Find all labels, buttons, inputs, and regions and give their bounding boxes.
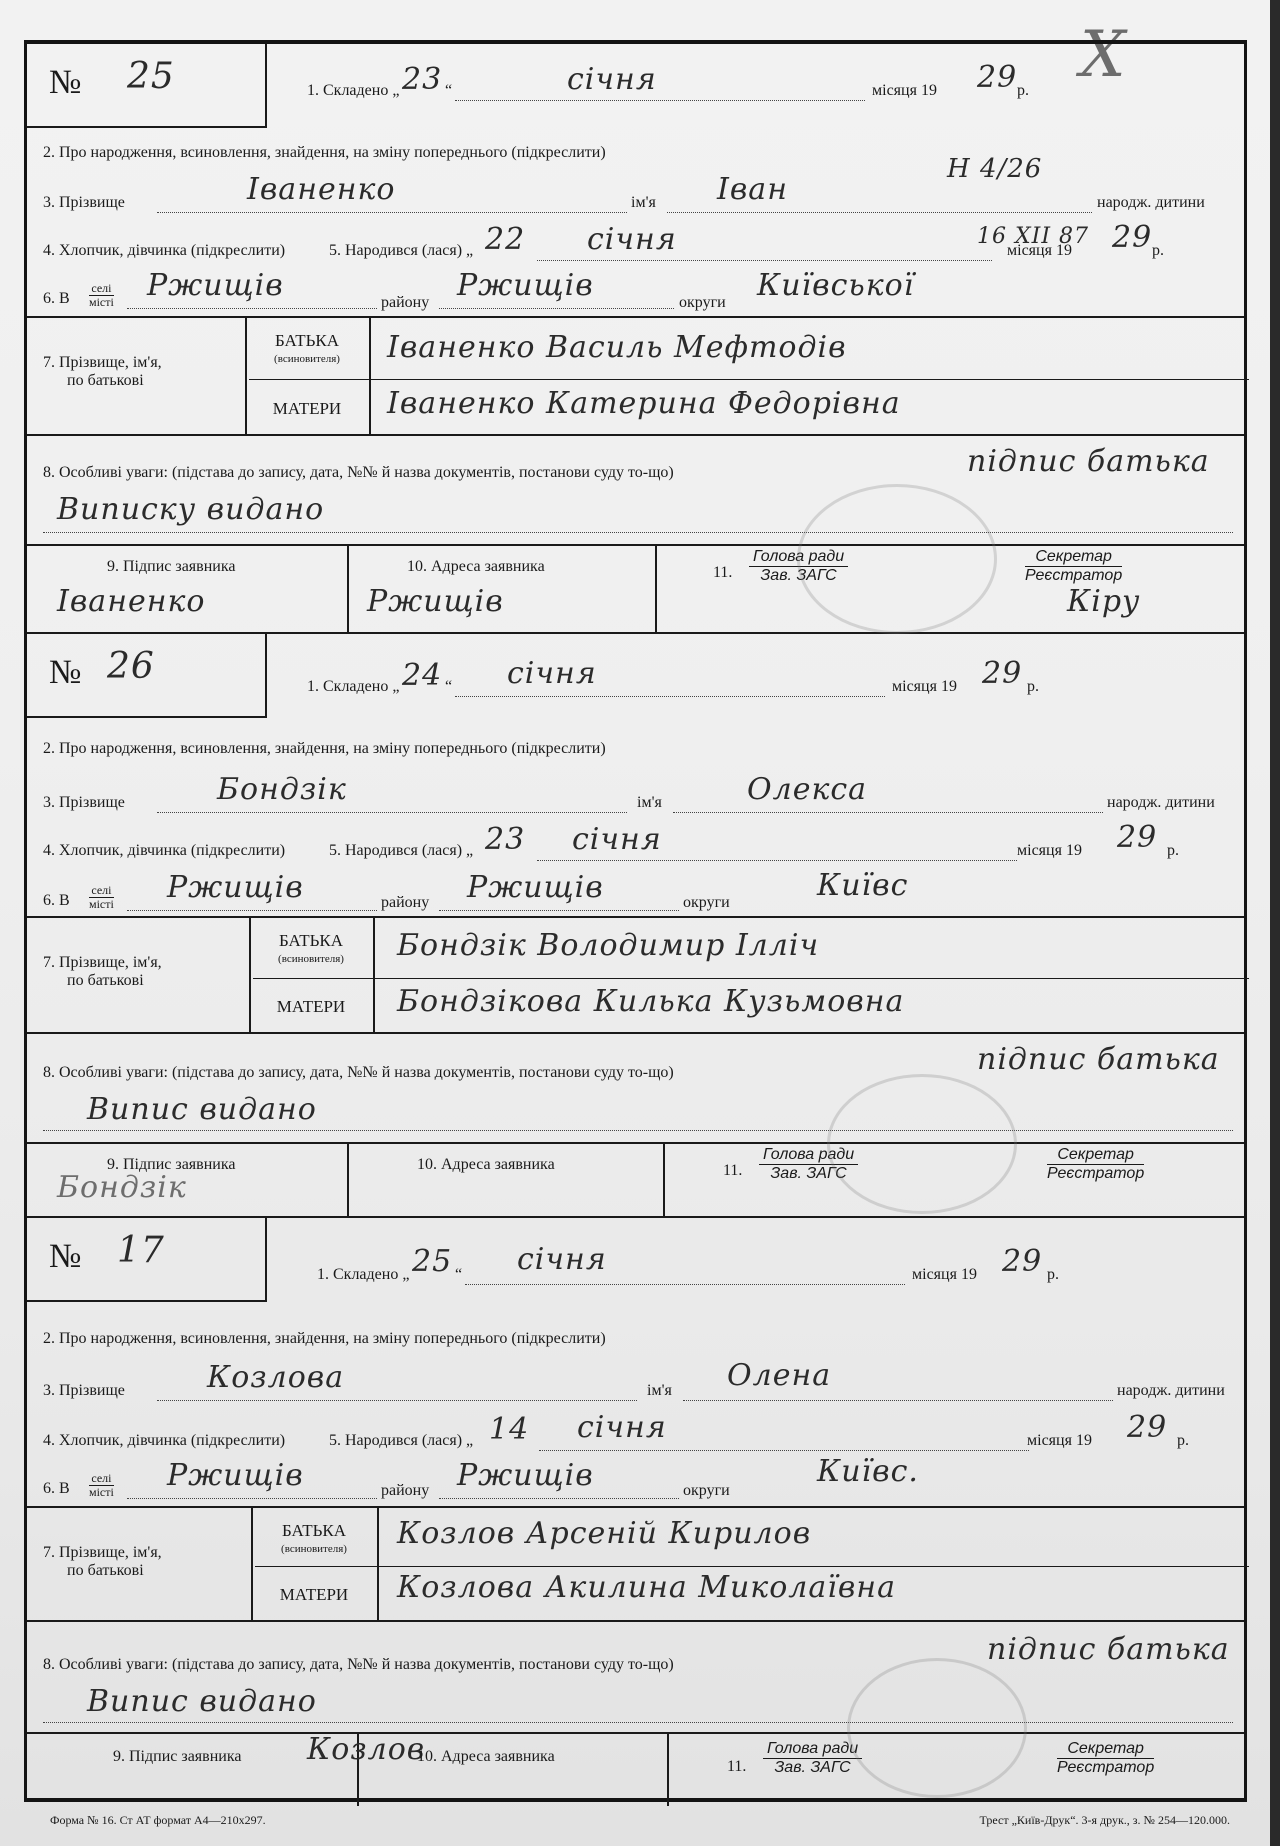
- quote: “: [455, 1266, 462, 1284]
- record-number: 17: [117, 1230, 165, 1271]
- registry-form: № 25 1. Складено „ 23 “ січня місяця 19 …: [24, 40, 1247, 1802]
- composed-day: 25: [412, 1244, 452, 1279]
- father-value: Бондзік Володимир Ілліч: [397, 928, 819, 963]
- fio-label: 7. Прізвище, ім'я,: [43, 354, 162, 372]
- composed-year: 29: [1002, 1244, 1042, 1279]
- name-value: Олена: [727, 1358, 831, 1393]
- month-year-label: місяця 19: [1027, 1432, 1092, 1450]
- secretary-title: СекретарРеєстратор: [1047, 1146, 1144, 1183]
- head-title: Голова радиЗав. ЗАГС: [749, 548, 848, 585]
- applicant-address: Ржищів: [367, 584, 504, 619]
- okrug-label: округи: [683, 1482, 730, 1500]
- mother-value: Іваненко Катерина Федорівна: [387, 386, 901, 421]
- year-suffix: р.: [1047, 1266, 1059, 1284]
- okrug-value: Київської: [757, 268, 914, 303]
- notes-value-2: Випис видано: [87, 1092, 317, 1127]
- surname-label: 3. Прізвище: [43, 1382, 125, 1400]
- surname-label: 3. Прізвище: [43, 194, 125, 212]
- mother-label: МАТЕРИ: [253, 1586, 375, 1604]
- record-number-box: № 25: [27, 44, 267, 128]
- item-11: 11.: [723, 1162, 742, 1180]
- applicant-address-label: 10. Адреса заявника: [407, 558, 545, 576]
- number-sign: №: [49, 1238, 81, 1276]
- composed-day: 24: [402, 658, 442, 693]
- applicant-signature: Козлов: [307, 1732, 425, 1767]
- month-year-label: місяця 19: [872, 82, 937, 100]
- secretary-title: СекретарРеєстратор: [1025, 548, 1122, 585]
- composed-month: січня: [517, 1242, 607, 1277]
- item-11: 11.: [727, 1758, 746, 1776]
- composed-month: січня: [507, 656, 597, 691]
- scan-edge: [1270, 0, 1280, 1846]
- father-label: БАТЬКА(всиновителя): [253, 1522, 375, 1558]
- village-city-fraction: селімісті: [89, 884, 114, 911]
- month-year-label: місяця 19: [912, 1266, 977, 1284]
- applicant-signature: Іваненко: [57, 584, 205, 619]
- record-26: № 26 1. Складено „ 24 “ січня місяця 19 …: [27, 634, 1244, 1218]
- district-label: району: [381, 294, 429, 312]
- notes-label: 8. Особливі уваги: (підстава до запису, …: [43, 1656, 674, 1674]
- about-label: 2. Про народження, всиновлення, знайденн…: [43, 1330, 606, 1348]
- notes-value-1: підпис батька: [967, 444, 1210, 479]
- month-year-label: місяця 19: [892, 678, 957, 696]
- village-value: Ржищів: [167, 1458, 304, 1493]
- record-17: № 17 1. Складено „ 25 “ січня місяця 19 …: [27, 1218, 1244, 1806]
- district-label: району: [381, 894, 429, 912]
- born-month: січня: [577, 1410, 667, 1445]
- village-value: Ржищів: [147, 268, 284, 303]
- born-day: 23: [485, 822, 525, 857]
- about-label: 2. Про народження, всиновлення, знайденн…: [43, 740, 606, 758]
- father-label: БАТЬКА(всиновителя): [247, 332, 367, 368]
- faded-stamp: [847, 1658, 1027, 1798]
- month-year-label: місяця 19: [1007, 242, 1072, 260]
- father-value: Козлов Арсеній Кирилов: [397, 1516, 811, 1551]
- born-day: 14: [489, 1412, 529, 1447]
- notes-value-2: Випис видано: [87, 1684, 317, 1719]
- applicant-address-label: 10. Адреса заявника: [417, 1156, 555, 1174]
- in-label: 6. В: [43, 1480, 70, 1498]
- composed-month: січня: [567, 62, 657, 97]
- born-label: 5. Народився (лася) „: [329, 242, 473, 260]
- mother-value: Козлова Акилина Миколаївна: [397, 1570, 896, 1605]
- record-number-box: № 17: [27, 1218, 267, 1302]
- mother-value: Бондзікова Килька Кузьмовна: [397, 984, 904, 1019]
- year-suffix: р.: [1167, 842, 1179, 860]
- sex-label: 4. Хлопчик, дівчинка (підкреслити): [43, 242, 285, 260]
- okrug-label: округи: [683, 894, 730, 912]
- record-number: 26: [107, 646, 155, 687]
- number-sign: №: [49, 64, 81, 102]
- name-label: ім'я: [647, 1382, 672, 1400]
- notes-value-1: підпис батька: [977, 1042, 1220, 1077]
- name-value: Іван: [717, 172, 788, 207]
- child-born-label: народж. дитини: [1107, 794, 1215, 812]
- in-label: 6. В: [43, 290, 70, 308]
- composed-year: 29: [982, 656, 1022, 691]
- surname-value: Іваненко: [247, 172, 395, 207]
- father-label: БАТЬКА(всиновителя): [251, 932, 371, 968]
- composed-year: 29: [977, 60, 1017, 95]
- mother-label: МАТЕРИ: [251, 998, 371, 1016]
- secretary-title: СекретарРеєстратор: [1057, 1740, 1154, 1777]
- surname-label: 3. Прізвище: [43, 794, 125, 812]
- form-footer-right: Трест „Київ-Друк“. 3-я друк., з. № 254—1…: [980, 1813, 1230, 1828]
- year-suffix: р.: [1152, 242, 1164, 260]
- scanned-document: X № 25 1. Складено „ 23 “ січня місяця 1…: [0, 0, 1280, 1846]
- fio-label-2: по батькові: [67, 1562, 144, 1580]
- born-month: січня: [587, 222, 677, 257]
- item-11: 11.: [713, 564, 732, 582]
- in-label: 6. В: [43, 892, 70, 910]
- composed-label: 1. Складено „: [307, 82, 399, 100]
- head-title: Голова радиЗав. ЗАГС: [763, 1740, 862, 1777]
- quote: “: [445, 82, 452, 100]
- record-number: 25: [127, 56, 175, 97]
- born-year: 29: [1112, 220, 1152, 255]
- born-year: 29: [1117, 820, 1157, 855]
- born-month: січня: [572, 822, 662, 857]
- applicant-signature-label: 9. Підпис заявника: [107, 558, 235, 576]
- number-sign: №: [49, 654, 81, 692]
- fio-label-2: по батькові: [67, 372, 144, 390]
- okrug-value: Київс: [817, 868, 908, 903]
- born-year: 29: [1127, 1410, 1167, 1445]
- composed-label: 1. Складено „: [307, 678, 399, 696]
- secretary-signature: Кіру: [1067, 584, 1140, 619]
- notes-label: 8. Особливі уваги: (підстава до запису, …: [43, 464, 674, 482]
- sex-label: 4. Хлопчик, дівчинка (підкреслити): [43, 1432, 285, 1450]
- surname-value: Бондзік: [217, 772, 347, 807]
- record-25: № 25 1. Складено „ 23 “ січня місяця 19 …: [27, 44, 1244, 634]
- record-number-box: № 26: [27, 634, 267, 718]
- born-label: 5. Народився (лася) „: [329, 842, 473, 860]
- about-label: 2. Про народження, всиновлення, знайденн…: [43, 144, 606, 162]
- applicant-address-label: 10. Адреса заявника: [417, 1748, 555, 1766]
- year-suffix: р.: [1027, 678, 1039, 696]
- month-year-label: місяця 19: [1017, 842, 1082, 860]
- notes-value-2: Виписку видано: [57, 492, 324, 527]
- district-value: Ржищів: [457, 1458, 594, 1493]
- fio-label: 7. Прізвище, ім'я,: [43, 1544, 162, 1562]
- composed-label: 1. Складено „: [317, 1266, 409, 1284]
- fio-label-2: по батькові: [67, 972, 144, 990]
- composed-day: 23: [402, 62, 442, 97]
- name-label: ім'я: [631, 194, 656, 212]
- father-value: Іваненко Василь Мефтодів: [387, 330, 847, 365]
- okrug-label: округи: [679, 294, 726, 312]
- district-label: району: [381, 1482, 429, 1500]
- okrug-value: Київс.: [817, 1454, 919, 1489]
- name-label: ім'я: [637, 794, 662, 812]
- village-city-fraction: селімісті: [89, 1472, 114, 1499]
- village-value: Ржищів: [167, 870, 304, 905]
- born-day: 22: [485, 222, 525, 257]
- faded-stamp: [827, 1074, 1017, 1214]
- child-born-label: народж. дитини: [1097, 194, 1205, 212]
- surname-value: Козлова: [207, 1360, 344, 1395]
- fio-label: 7. Прізвище, ім'я,: [43, 954, 162, 972]
- year-suffix: р.: [1177, 1432, 1189, 1450]
- district-value: Ржищів: [457, 268, 594, 303]
- child-born-label: народж. дитини: [1117, 1382, 1225, 1400]
- mother-label: МАТЕРИ: [247, 400, 367, 418]
- applicant-signature: Бондзік: [57, 1170, 187, 1205]
- district-value: Ржищів: [467, 870, 604, 905]
- applicant-signature-label: 9. Підпис заявника: [113, 1748, 241, 1766]
- quote: “: [445, 678, 452, 696]
- sex-label: 4. Хлопчик, дівчинка (підкреслити): [43, 842, 285, 860]
- name-value: Олекса: [747, 772, 867, 807]
- head-title: Голова радиЗав. ЗАГС: [759, 1146, 858, 1183]
- village-city-fraction: селімісті: [89, 282, 114, 309]
- form-footer-left: Форма № 16. Ст АТ формат А4—210x297.: [50, 1813, 266, 1828]
- notes-label: 8. Особливі уваги: (підстава до запису, …: [43, 1064, 674, 1082]
- year-suffix: р.: [1017, 82, 1029, 100]
- notes-value-1: підпис батька: [987, 1632, 1230, 1667]
- born-label: 5. Народився (лася) „: [329, 1432, 473, 1450]
- margin-note: Н 4/26: [947, 154, 1042, 184]
